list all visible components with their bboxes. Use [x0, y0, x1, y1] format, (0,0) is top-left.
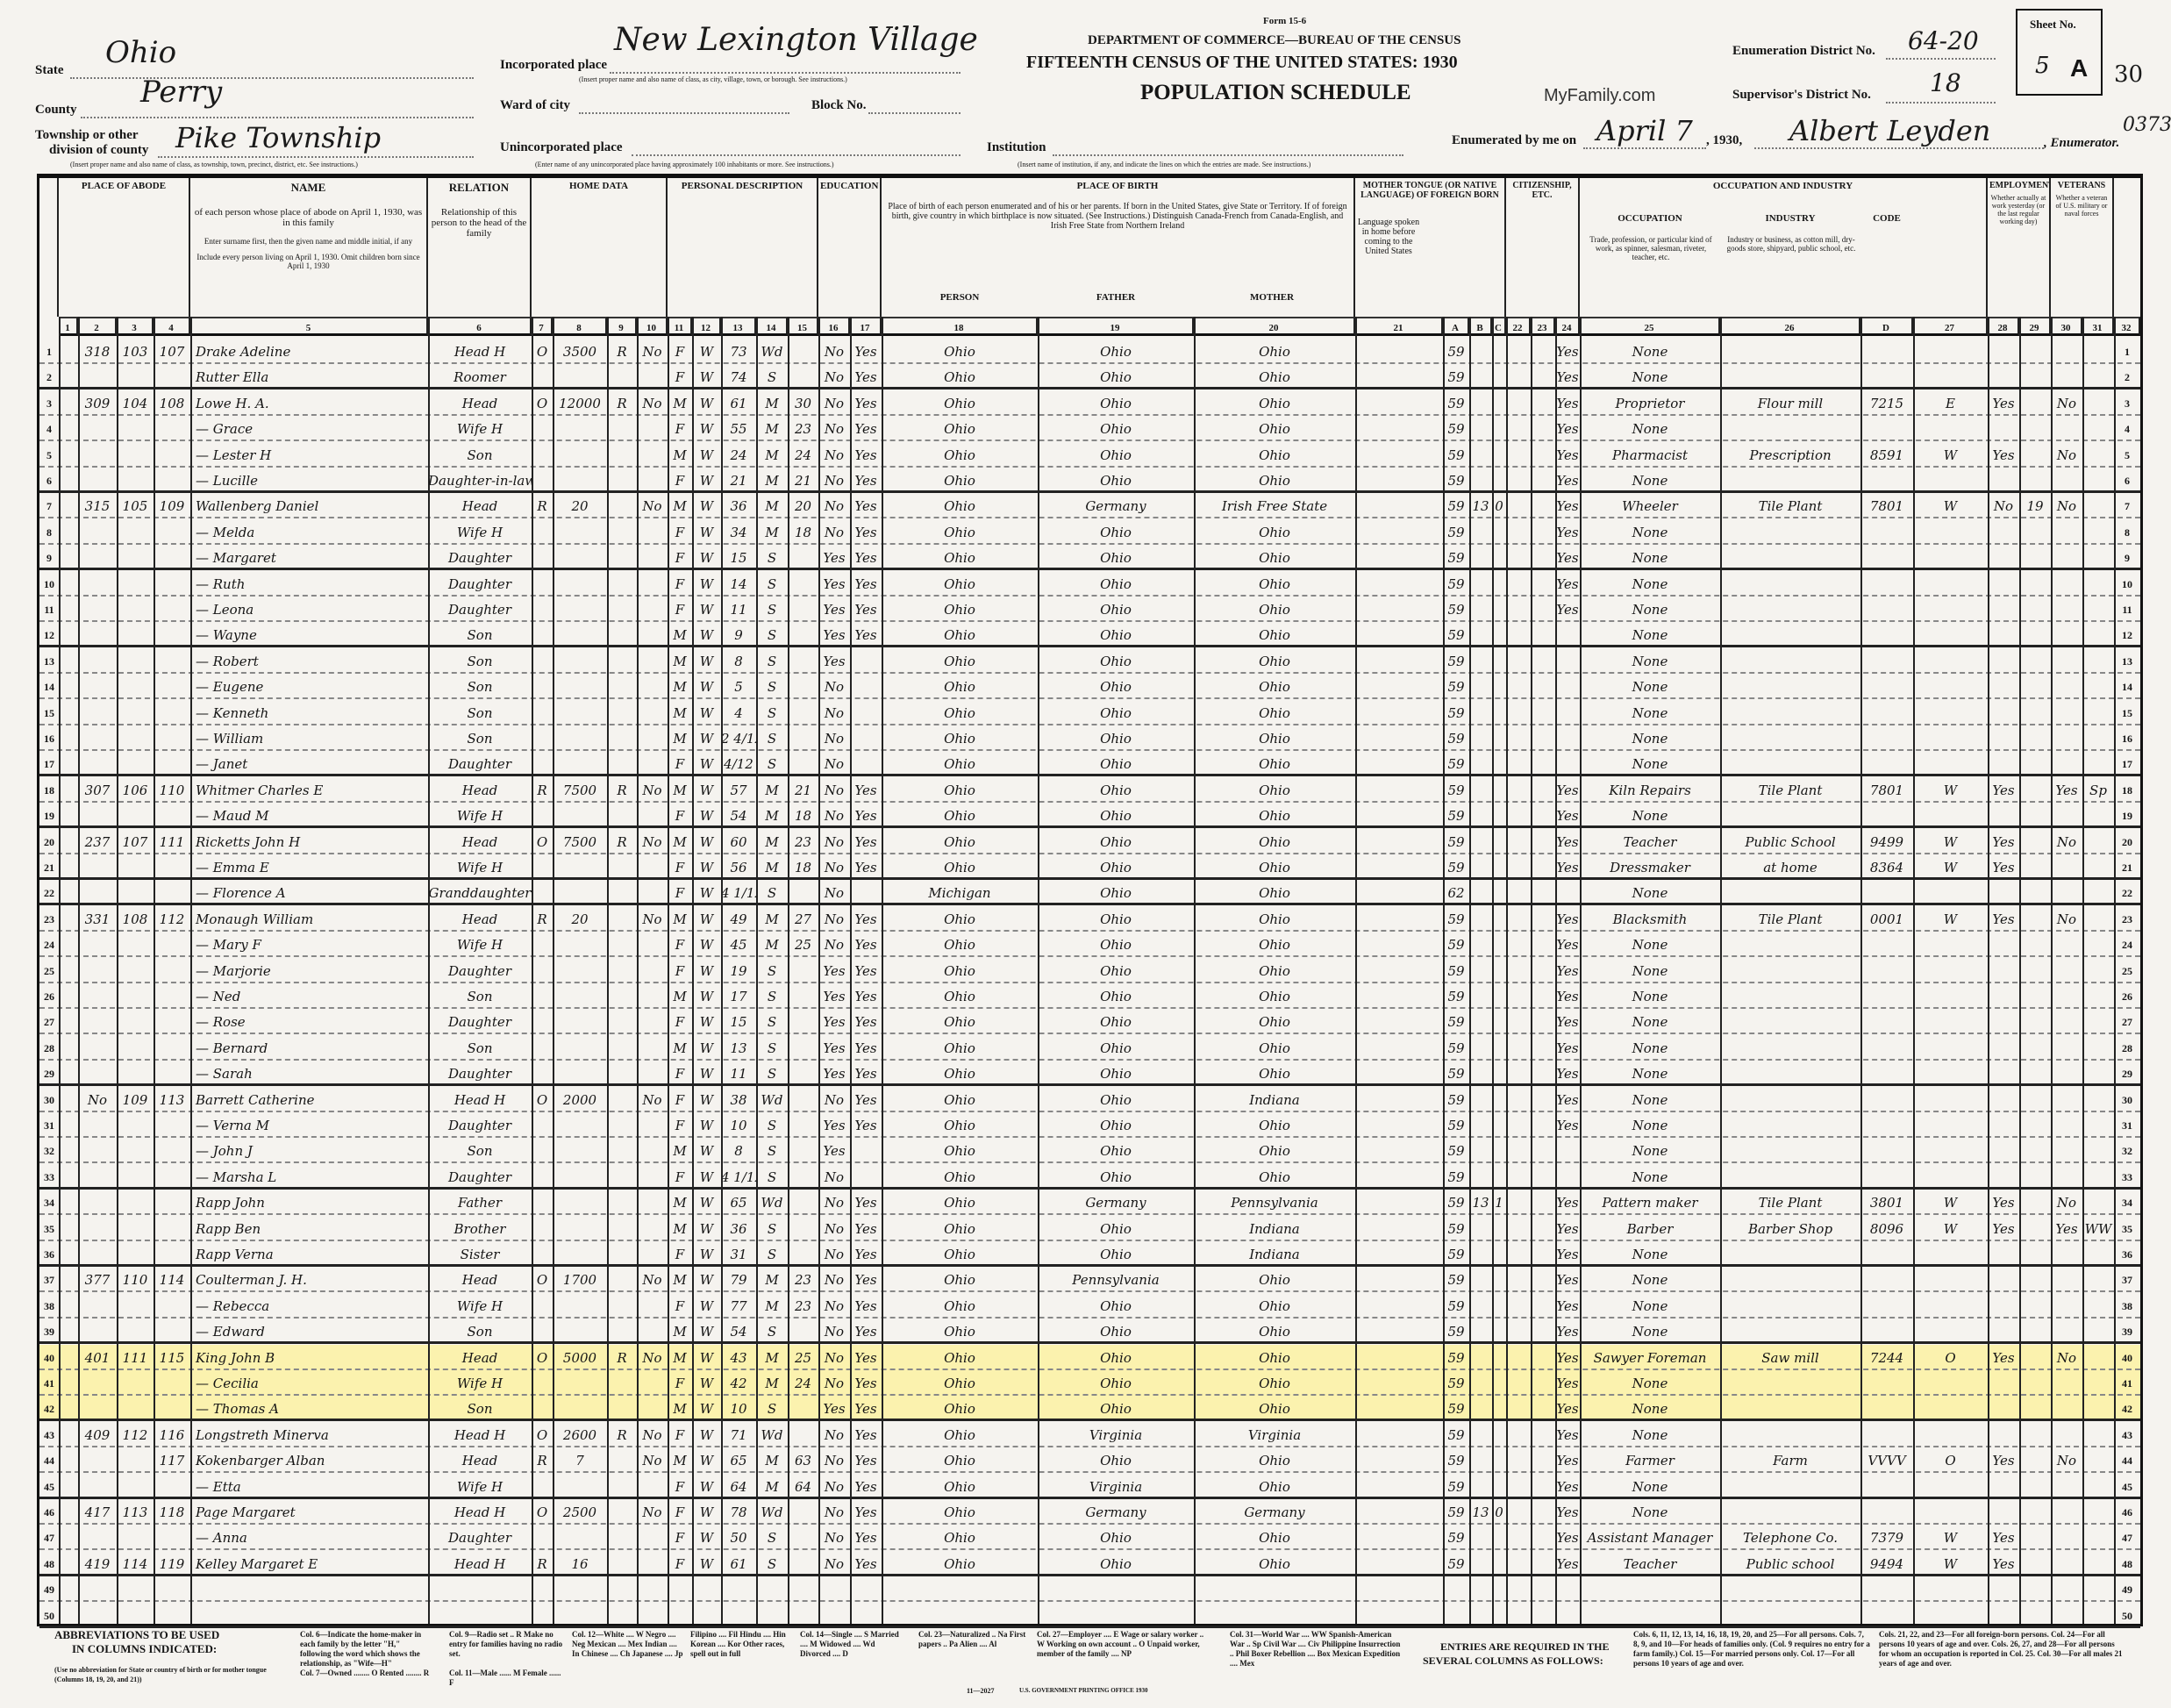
cell-sex: F: [668, 1551, 692, 1576]
cell-industry: Public School: [1720, 829, 1860, 854]
cell-emp-yes: [1988, 1009, 2019, 1034]
census-page: State Ohio County Perry Township or othe…: [0, 0, 2171, 1708]
cell-emp-line: [2019, 1576, 2051, 1602]
cell-family: [154, 1370, 190, 1396]
cell-vet-war: [2082, 468, 2114, 493]
line-number: 29: [2114, 1061, 2140, 1086]
cell-read: Yes: [850, 983, 882, 1009]
cell-house: [78, 622, 117, 647]
abbr-col12b: Filipino .... Fil Hindu .... Hin Korean …: [690, 1630, 791, 1659]
cell-vet-yes: [2051, 1241, 2082, 1267]
cell-code-b: [1469, 1447, 1492, 1473]
table-row: 417113118Page MargaretHead HO2500NoFW78W…: [39, 1499, 2140, 1525]
cell-code-d: 7244: [1860, 1345, 1913, 1370]
cell-farm: [637, 958, 668, 983]
table-row: 307106110Whitmer Charles EHeadR7500RNoMW…: [39, 777, 2140, 803]
cell-owned: [532, 880, 553, 905]
cell-c23: [1531, 958, 1555, 983]
cell-name: — Grace: [190, 416, 428, 441]
cell-house: [78, 1241, 117, 1267]
column-number: C: [1492, 317, 1506, 336]
cell-read: [850, 674, 882, 699]
cell-speak-eng: Yes: [1555, 1087, 1580, 1112]
cell-house: No: [78, 1087, 117, 1112]
cell-sex: M: [668, 829, 692, 854]
cell-bp-father: Ohio: [1038, 390, 1194, 416]
cell-sex: M: [668, 1345, 692, 1370]
line-number: 16: [39, 725, 59, 751]
cell-owned: [532, 700, 553, 725]
cell-occupation: None: [1580, 958, 1720, 983]
cell-family: [154, 1164, 190, 1190]
cell-class: [1913, 622, 1988, 647]
cell-bp-father: Ohio: [1038, 571, 1194, 597]
cell-bp-person: Ohio: [882, 493, 1038, 518]
cell-industry: [1720, 1576, 1860, 1602]
cell-occupation: Blacksmith: [1580, 906, 1720, 932]
cell-marital: S: [756, 751, 788, 776]
table-row: — John JSonMW8SYesOhioOhioOhio59None3232: [39, 1138, 2140, 1163]
cell-code-a: 59: [1443, 1190, 1469, 1215]
cell-family: 110: [154, 777, 190, 803]
column-number: 17: [850, 317, 882, 336]
corner-note: 0373: [2123, 114, 2171, 136]
cell-bp-mother: Ohio: [1194, 777, 1355, 803]
cell-relation: Wife H: [428, 1474, 532, 1499]
cell-owned: R: [532, 777, 553, 803]
table-row: 309104108Lowe H. A.HeadO12000RNoMW61M30N…: [39, 390, 2140, 416]
cell-value: [553, 1474, 607, 1499]
cell-speak-eng: [1555, 648, 1580, 674]
group-veterans: VETERANS Whether a veteran of U.S. milit…: [2051, 178, 2114, 317]
cell-tongue: [1355, 674, 1443, 699]
cell-bp-father: Ohio: [1038, 597, 1194, 622]
cell-radio: [607, 854, 637, 880]
cell-c23: [1531, 1422, 1555, 1447]
cell-read: Yes: [850, 571, 882, 597]
cell-dwelling: [117, 751, 154, 776]
cell-value: 7500: [553, 777, 607, 803]
cell-dwelling: [117, 1370, 154, 1396]
cell-owned: [532, 468, 553, 493]
cell-emp-line: [2019, 829, 2051, 854]
cell-read: Yes: [850, 390, 882, 416]
cell-value: 2000: [553, 1087, 607, 1112]
cell-industry: [1720, 1035, 1860, 1061]
cell-race: W: [692, 1241, 721, 1267]
institution-label: Institution: [987, 140, 1046, 155]
cell-code-a: 59: [1443, 571, 1469, 597]
cell-vet-war: [2082, 803, 2114, 828]
cell-race: W: [692, 1009, 721, 1034]
cell-occupation: None: [1580, 803, 1720, 828]
cell-name: King John B: [190, 1345, 428, 1370]
cell-c23: [1531, 854, 1555, 880]
cell-speak-eng: [1555, 725, 1580, 751]
cell-class: [1913, 1370, 1988, 1396]
column-rule: [1555, 317, 1557, 1624]
cell-radio: [607, 364, 637, 389]
cell-code-c: [1492, 416, 1506, 441]
cell-sex: F: [668, 571, 692, 597]
cell-farm: [637, 1216, 668, 1241]
cell-bp-father: Ohio: [1038, 983, 1194, 1009]
cell-race: W: [692, 958, 721, 983]
cell-code-c: [1492, 1370, 1506, 1396]
cell-bp-person: Ohio: [882, 1370, 1038, 1396]
cell-farm: [637, 571, 668, 597]
cell-vet-war: [2082, 1138, 2114, 1163]
cell-bp-father: Ohio: [1038, 622, 1194, 647]
cell-vet-war: WW: [2082, 1216, 2114, 1241]
footer: ABBREVIATIONS TO BE USED IN COLUMNS INDI…: [37, 1623, 2138, 1702]
cell-read: Yes: [850, 339, 882, 364]
cell-industry: [1720, 1267, 1860, 1292]
cell-vet-yes: [2051, 339, 2082, 364]
cell-tongue: [1355, 390, 1443, 416]
cell-radio: [607, 1087, 637, 1112]
cell-vet-war: [2082, 442, 2114, 468]
cell-radio: R: [607, 390, 637, 416]
line-number: 14: [2114, 674, 2140, 699]
cell-bp-mother: Ohio: [1194, 1370, 1355, 1396]
cell-name: — Mary F: [190, 932, 428, 957]
line-number: 22: [39, 880, 59, 905]
cell-occupation: None: [1580, 622, 1720, 647]
cell-value: 16: [553, 1551, 607, 1576]
cell-c23: [1531, 1087, 1555, 1112]
cell-house: [78, 1474, 117, 1499]
cell-occupation: None: [1580, 1087, 1720, 1112]
cell-race: W: [692, 545, 721, 570]
line-number: 47: [39, 1525, 59, 1550]
cell-house: [78, 1576, 117, 1602]
cell-house: 417: [78, 1499, 117, 1525]
table-row: — EttaWife HFW64M64NoYesOhioVirginiaOhio…: [39, 1474, 2140, 1499]
cell-value: 20: [553, 493, 607, 518]
column-rule: [2051, 317, 2053, 1624]
cell-vet-yes: [2051, 1370, 2082, 1396]
cell-c22: [1506, 416, 1531, 441]
cell-farm: [637, 648, 668, 674]
cell-age: 36: [721, 493, 756, 518]
cell-radio: [607, 674, 637, 699]
line-number: 49: [2114, 1576, 2140, 1602]
cell-code-a: 59: [1443, 803, 1469, 828]
cell-bp-person: Ohio: [882, 1422, 1038, 1447]
cell-c22: [1506, 1138, 1531, 1163]
cell-value: 7: [553, 1447, 607, 1473]
print-number: 11—2027: [967, 1686, 995, 1696]
cell-code-d: [1860, 751, 1913, 776]
cell-industry: [1720, 519, 1860, 545]
cell-family: [154, 674, 190, 699]
cell-name: — Thomas A: [190, 1396, 428, 1421]
cell-family: [154, 1061, 190, 1086]
cell-owned: [532, 1216, 553, 1241]
line-number: 10: [2114, 571, 2140, 597]
cell-emp-line: [2019, 1474, 2051, 1499]
unincorporated-underline: [632, 154, 961, 156]
cell-code-d: 9499: [1860, 829, 1913, 854]
group-home-data: HOME DATA: [532, 178, 668, 317]
cell-code-d: [1860, 1422, 1913, 1447]
cell-speak-eng: Yes: [1555, 1447, 1580, 1473]
cell-school: No: [818, 751, 850, 776]
cell-value: [553, 1241, 607, 1267]
cell-name: Kelley Margaret E: [190, 1551, 428, 1576]
cell-class: W: [1913, 493, 1988, 518]
cell-bp-person: Ohio: [882, 1112, 1038, 1138]
cell-code-c: [1492, 725, 1506, 751]
cell-family: 107: [154, 339, 190, 364]
cell-c23: [1531, 468, 1555, 493]
cell-code-b: [1469, 648, 1492, 674]
cell-c23: [1531, 364, 1555, 389]
cell-race: W: [692, 1499, 721, 1525]
table-row: 419114119Kelley Margaret EHead HR16FW61S…: [39, 1551, 2140, 1576]
cell-marital: S: [756, 674, 788, 699]
cell-school: Yes: [818, 958, 850, 983]
line-number: 12: [39, 622, 59, 647]
cell-tongue: [1355, 1216, 1443, 1241]
table-row: — GraceWife HFW55M23NoYesOhioOhioOhio59Y…: [39, 416, 2140, 441]
table-row: 377110114Coulterman J. H.HeadO1700NoMW79…: [39, 1267, 2140, 1292]
cell-house: 409: [78, 1422, 117, 1447]
cell-code-d: [1860, 519, 1913, 545]
cell-speak-eng: Yes: [1555, 1551, 1580, 1576]
cell-occupation: Proprietor: [1580, 390, 1720, 416]
cell-family: [154, 854, 190, 880]
cell-code-a: 59: [1443, 442, 1469, 468]
cell-family: [154, 932, 190, 957]
cell-speak-eng: Yes: [1555, 1345, 1580, 1370]
cell-dwelling: [117, 648, 154, 674]
cell-house: [78, 880, 117, 905]
cell-class: [1913, 1009, 1988, 1034]
cell-vet-yes: [2051, 725, 2082, 751]
cell-c23: [1531, 493, 1555, 518]
cell-age: 14: [721, 571, 756, 597]
cell-vet-war: [2082, 493, 2114, 518]
cell-house: [78, 1293, 117, 1319]
cell-name: — Wayne: [190, 622, 428, 647]
cell-dwelling: [117, 545, 154, 570]
cell-farm: [637, 622, 668, 647]
cell-occupation: Wheeler: [1580, 493, 1720, 518]
cell-code-b: [1469, 442, 1492, 468]
cell-class: W: [1913, 1551, 1988, 1576]
cell-bp-father: Ohio: [1038, 1138, 1194, 1163]
group-name: NAME of each person whose place of abode…: [190, 178, 428, 317]
cell-code-c: [1492, 1164, 1506, 1190]
cell-house: [78, 1061, 117, 1086]
cell-c23: [1531, 1112, 1555, 1138]
cell-bp-person: Ohio: [882, 519, 1038, 545]
cell-class: [1913, 1422, 1988, 1447]
cell-owned: [532, 1061, 553, 1086]
cell-race: W: [692, 364, 721, 389]
group-employment: EMPLOYMENT Whether actually at work yest…: [1988, 178, 2051, 317]
cell-farm: No: [637, 1267, 668, 1292]
cell-sex: F: [668, 1293, 692, 1319]
line-number: 9: [2114, 545, 2140, 570]
cell-name: Lowe H. A.: [190, 390, 428, 416]
entries-a: Cols. 6, 11, 12, 13, 14, 16, 18, 19, 20,…: [1633, 1630, 1870, 1669]
township-label-2: division of county: [49, 143, 148, 158]
cell-industry: [1720, 571, 1860, 597]
cell-bp-person: Ohio: [882, 571, 1038, 597]
cell-age-marr: [788, 1087, 818, 1112]
cell-code-b: [1469, 622, 1492, 647]
cell-owned: [532, 854, 553, 880]
cell-relation: Daughter: [428, 958, 532, 983]
cell-age: 73: [721, 339, 756, 364]
cell-family: 116: [154, 1422, 190, 1447]
cell-marital: S: [756, 1241, 788, 1267]
cell-sex: F: [668, 1112, 692, 1138]
line-number: 16: [2114, 725, 2140, 751]
cell-emp-yes: Yes: [1988, 1525, 2019, 1550]
cell-marital: S: [756, 958, 788, 983]
cell-relation: Son: [428, 700, 532, 725]
cell-speak-eng: Yes: [1555, 1474, 1580, 1499]
cell-bp-mother: Ohio: [1194, 829, 1355, 854]
cell-race: W: [692, 339, 721, 364]
cell-class: [1913, 1241, 1988, 1267]
cell-bp-person: Ohio: [882, 725, 1038, 751]
cell-farm: [637, 1241, 668, 1267]
line-number: 27: [39, 1009, 59, 1034]
cell-code-d: [1860, 1370, 1913, 1396]
cell-school: Yes: [818, 1061, 850, 1086]
cell-code-b: [1469, 1138, 1492, 1163]
table-row: — AnnaDaughterFW50SNoYesOhioOhioOhio59Ye…: [39, 1525, 2140, 1550]
cell-radio: [607, 1190, 637, 1215]
cell-tongue: [1355, 1319, 1443, 1344]
table-row: No109113Barrett CatherineHead HO2000NoFW…: [39, 1087, 2140, 1112]
cell-industry: [1720, 1087, 1860, 1112]
cell-vet-war: [2082, 545, 2114, 570]
cell-bp-father: Ohio: [1038, 880, 1194, 905]
cell-code-c: [1492, 829, 1506, 854]
cell-code-b: [1469, 1035, 1492, 1061]
cell-owned: R: [532, 1447, 553, 1473]
cell-speak-eng: [1555, 700, 1580, 725]
group-place-of-birth: PLACE OF BIRTH Place of birth of each pe…: [882, 178, 1355, 317]
cell-relation: Head H: [428, 339, 532, 364]
cell-tongue: [1355, 1576, 1443, 1602]
cell-radio: [607, 983, 637, 1009]
cell-emp-yes: [1988, 648, 2019, 674]
table-row: — RuthDaughterFW14SYesYesOhioOhioOhio59Y…: [39, 571, 2140, 597]
cell-read: Yes: [850, 468, 882, 493]
cell-bp-mother: Ohio: [1194, 700, 1355, 725]
cell-class: [1913, 803, 1988, 828]
column-rule: [1506, 317, 1508, 1624]
line-number: 32: [2114, 1138, 2140, 1163]
cell-code-b: [1469, 597, 1492, 622]
cell-farm: [637, 1474, 668, 1499]
cell-sex: [668, 1576, 692, 1602]
cell-bp-person: Ohio: [882, 777, 1038, 803]
cell-emp-yes: Yes: [1988, 906, 2019, 932]
cell-relation: Son: [428, 983, 532, 1009]
cell-read: Yes: [850, 1293, 882, 1319]
cell-speak-eng: Yes: [1555, 571, 1580, 597]
cell-house: [78, 1319, 117, 1344]
county-underline: [81, 117, 474, 118]
cell-dwelling: [117, 442, 154, 468]
cell-vet-yes: [2051, 700, 2082, 725]
cell-class: [1913, 1396, 1988, 1421]
cell-c22: [1506, 622, 1531, 647]
cell-name: — Edward: [190, 1319, 428, 1344]
cell-marital: M: [756, 1370, 788, 1396]
cell-industry: Prescription: [1720, 442, 1860, 468]
line-number: 42: [2114, 1396, 2140, 1421]
cell-sex: M: [668, 906, 692, 932]
table-row: 331108112Monaugh WilliamHeadR20NoMW49M27…: [39, 906, 2140, 932]
line-number: 27: [2114, 1009, 2140, 1034]
cell-emp-yes: [1988, 1474, 2019, 1499]
cell-radio: [607, 1112, 637, 1138]
cell-farm: [637, 545, 668, 570]
cell-c22: [1506, 1190, 1531, 1215]
cell-bp-person: Ohio: [882, 1345, 1038, 1370]
cell-bp-mother: Ohio: [1194, 1525, 1355, 1550]
cell-age-marr: 25: [788, 1345, 818, 1370]
cell-bp-mother: Ohio: [1194, 1164, 1355, 1190]
cell-code-c: [1492, 1474, 1506, 1499]
state-value: Ohio: [105, 35, 176, 70]
cell-speak-eng: Yes: [1555, 1009, 1580, 1034]
cell-code-b: [1469, 1112, 1492, 1138]
cell-value: [553, 1190, 607, 1215]
cell-value: [553, 958, 607, 983]
cell-code-b: [1469, 1293, 1492, 1319]
enumerator-label: , Enumerator.: [2044, 136, 2119, 151]
cell-dwelling: [117, 1396, 154, 1421]
cell-code-c: [1492, 1345, 1506, 1370]
cell-industry: [1720, 1396, 1860, 1421]
cell-relation: Son: [428, 1396, 532, 1421]
cell-speak-eng: Yes: [1555, 364, 1580, 389]
cell-tongue: [1355, 1499, 1443, 1525]
cell-c22: [1506, 1319, 1531, 1344]
cell-code-a: 59: [1443, 725, 1469, 751]
line-number: 19: [39, 803, 59, 828]
line-number: 49: [39, 1576, 59, 1602]
department-title: DEPARTMENT OF COMMERCE—BUREAU OF THE CEN…: [1088, 33, 1460, 48]
cell-code-a: 59: [1443, 751, 1469, 776]
line-number: 4: [2114, 416, 2140, 441]
line-number: 38: [39, 1293, 59, 1319]
cell-code-a: 59: [1443, 390, 1469, 416]
cell-c22: [1506, 545, 1531, 570]
cell-sex: F: [668, 880, 692, 905]
cell-race: W: [692, 983, 721, 1009]
cell-name: — Eugene: [190, 674, 428, 699]
cell-dwelling: [117, 519, 154, 545]
cell-code-c: [1492, 1138, 1506, 1163]
cell-code-b: [1469, 1319, 1492, 1344]
cell-farm: [637, 1035, 668, 1061]
cell-code-a: 59: [1443, 468, 1469, 493]
cell-code-a: 59: [1443, 1447, 1469, 1473]
cell-bp-father: Ohio: [1038, 803, 1194, 828]
cell-age-marr: [788, 674, 818, 699]
